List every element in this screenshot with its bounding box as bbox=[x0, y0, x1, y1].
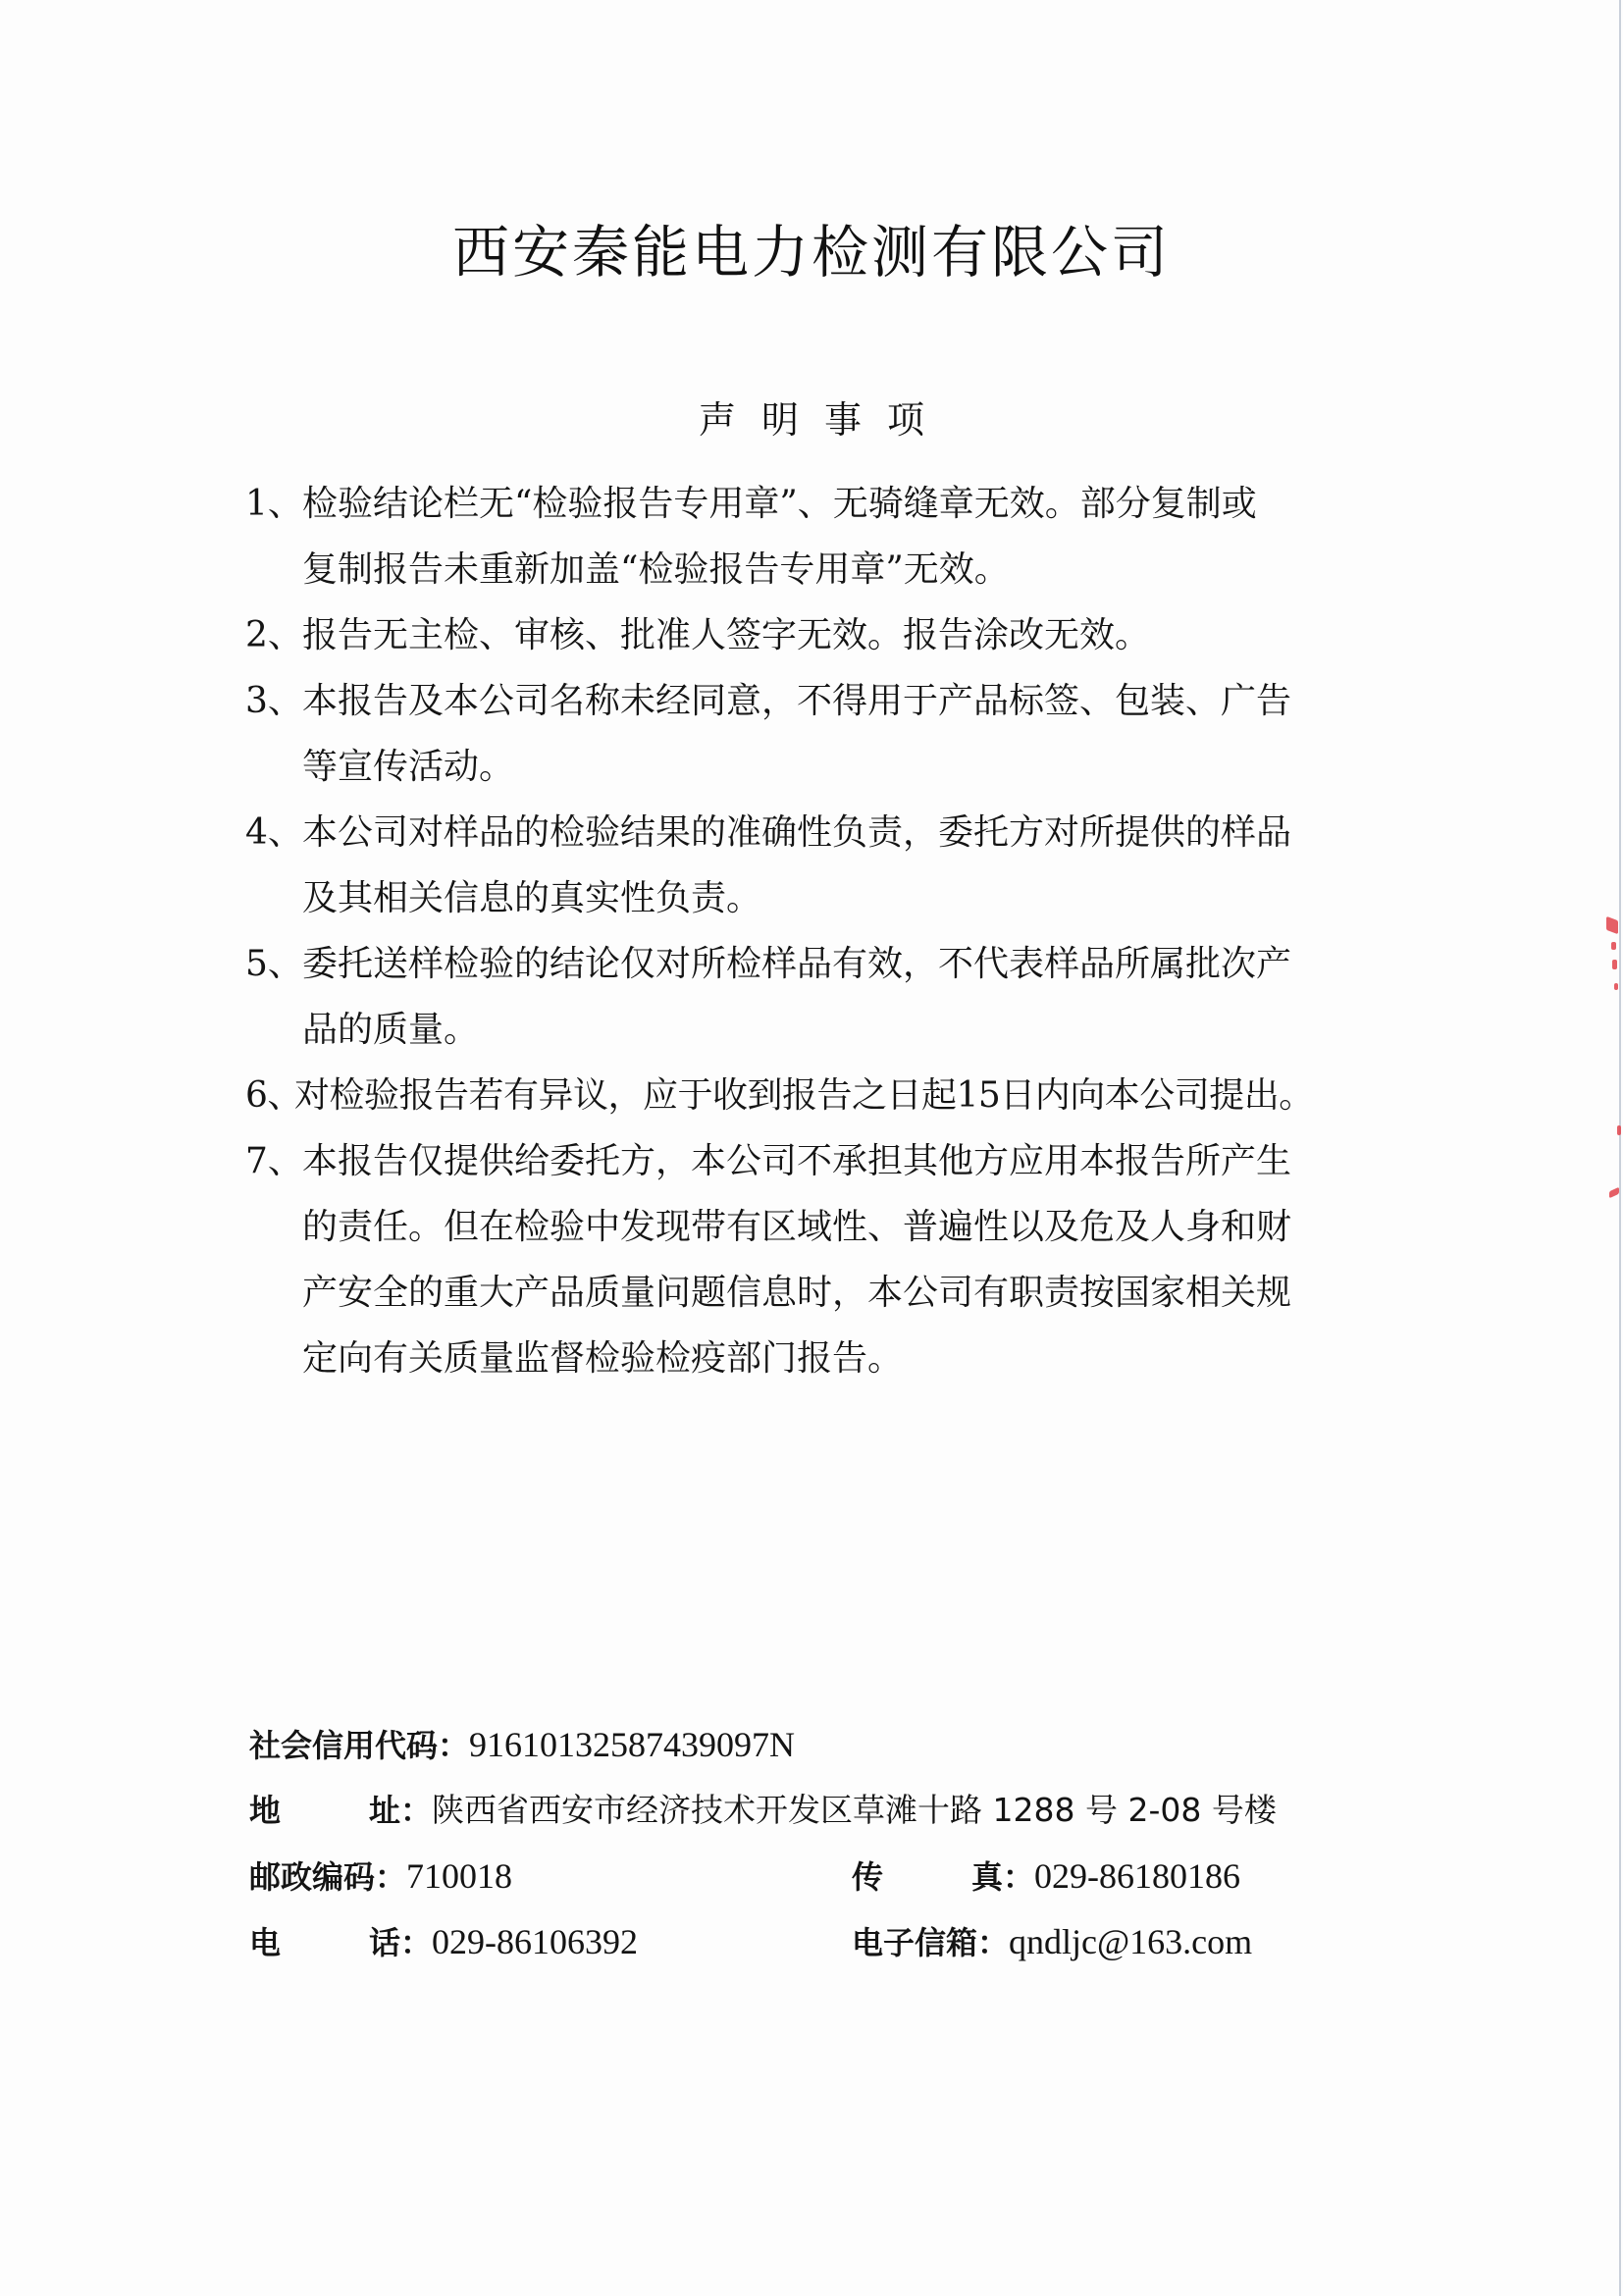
fax-label-b: 真： bbox=[971, 1852, 1034, 1903]
contact-info: 社会信用代码：91610132587439097N 地址：陕西省西安市经济技术开… bbox=[249, 1719, 1407, 1982]
email-value: qndljc@163.com bbox=[1009, 1922, 1252, 1961]
seam-seal-fragment bbox=[1617, 1125, 1621, 1135]
address-label-a: 地 bbox=[249, 1785, 281, 1836]
statement-number: 6、 bbox=[245, 1063, 302, 1128]
statement-item-2: 2、 报告无主检、审核、批准人签字无效。报告涂改无效。 bbox=[245, 602, 1384, 668]
statement-line: 等宣传活动。 bbox=[302, 734, 1384, 800]
statement-line: 产安全的重大产品质量问题信息时，本公司有职责按国家相关规 bbox=[302, 1260, 1384, 1326]
statement-item-7: 7、 本报告仅提供给委托方，本公司不承担其他方应用本报告所产生 的责任。但在检验… bbox=[245, 1128, 1384, 1391]
statement-line: 对检验报告若有异议，应于收到报告之日起15日内向本公司提出。 bbox=[294, 1063, 1384, 1128]
statement-item-5: 5、 委托送样检验的结论仅对所检样品有效，不代表样品所属批次产 品的质量。 bbox=[245, 931, 1384, 1063]
fax-label-a: 传 bbox=[852, 1852, 883, 1903]
address-row: 地址：陕西省西安市经济技术开发区草滩十路 1288 号 2-08 号楼 bbox=[249, 1785, 1407, 1851]
statement-number: 3、 bbox=[245, 668, 303, 734]
statement-number: 5、 bbox=[245, 931, 303, 997]
email-label: 电子信箱： bbox=[852, 1917, 1009, 1968]
statement-line: 的责任。但在检验中发现带有区域性、普遍性以及危及人身和财 bbox=[302, 1194, 1384, 1260]
statement-line: 定向有关质量监督检验检疫部门报告。 bbox=[302, 1326, 1384, 1391]
phone-value: 029-86106392 bbox=[432, 1922, 638, 1961]
statement-number: 7、 bbox=[245, 1128, 303, 1194]
company-title: 西安秦能电力检测有限公司 bbox=[0, 218, 1623, 287]
postcode-fax-row: 邮政编码：710018 传真：029-86180186 bbox=[249, 1851, 1407, 1916]
phone-label-a: 电 bbox=[249, 1917, 281, 1968]
section-heading: 声明事项 bbox=[0, 395, 1623, 444]
phone-label: 电话： bbox=[249, 1917, 432, 1968]
address-label-b: 址： bbox=[369, 1785, 432, 1836]
fax-field: 传真：029-86180186 bbox=[852, 1851, 1240, 1903]
address-value: 陕西省西安市经济技术开发区草滩十路 1288 号 2-08 号楼 bbox=[432, 1791, 1277, 1829]
fax-value: 029-86180186 bbox=[1034, 1856, 1240, 1896]
statement-list: 1、 检验结论栏无“检验报告专用章”、无骑缝章无效。部分复制或 复制报告未重新加… bbox=[245, 471, 1384, 1391]
page-edge-line bbox=[1619, 0, 1621, 2296]
seam-seal-fragment bbox=[1609, 1187, 1619, 1199]
statement-line: 及其相关信息的真实性负责。 bbox=[302, 865, 1384, 931]
statement-line: 委托送样检验的结论仅对所检样品有效，不代表样品所属批次产 bbox=[302, 931, 1384, 997]
statement-item-4: 4、 本公司对样品的检验结果的准确性负责，委托方对所提供的样品 及其相关信息的真… bbox=[245, 800, 1384, 931]
statement-line: 检验结论栏无“检验报告专用章”、无骑缝章无效。部分复制或 bbox=[302, 471, 1384, 537]
statement-line: 报告无主检、审核、批准人签字无效。报告涂改无效。 bbox=[302, 602, 1384, 668]
phone-label-b: 话： bbox=[369, 1917, 432, 1968]
credit-code-label: 社会信用代码： bbox=[249, 1720, 469, 1771]
postcode-value: 710018 bbox=[406, 1856, 512, 1896]
statement-line: 品的质量。 bbox=[302, 997, 1384, 1063]
seam-seal-fragment bbox=[1611, 942, 1616, 950]
statement-item-3: 3、 本报告及本公司名称未经同意，不得用于产品标签、包装、广告 等宣传活动。 bbox=[245, 668, 1384, 800]
statement-number: 2、 bbox=[245, 602, 303, 668]
statement-item-6: 6、 对检验报告若有异议，应于收到报告之日起15日内向本公司提出。 bbox=[245, 1063, 1384, 1128]
statement-item-1: 1、 检验结论栏无“检验报告专用章”、无骑缝章无效。部分复制或 复制报告未重新加… bbox=[245, 471, 1384, 602]
statement-line: 本报告仅提供给委托方，本公司不承担其他方应用本报告所产生 bbox=[302, 1128, 1384, 1194]
credit-code-value: 91610132587439097N bbox=[469, 1725, 795, 1764]
fax-label: 传真： bbox=[852, 1852, 1034, 1903]
address-label: 地址： bbox=[249, 1785, 432, 1836]
statement-number: 4、 bbox=[245, 800, 303, 865]
seam-seal-fragment bbox=[1606, 916, 1618, 934]
statement-number: 1、 bbox=[245, 471, 303, 537]
statement-line: 复制报告未重新加盖“检验报告专用章”无效。 bbox=[302, 537, 1384, 602]
seam-seal-fragment bbox=[1614, 983, 1618, 990]
postcode-label: 邮政编码： bbox=[249, 1852, 406, 1903]
phone-email-row: 电话：029-86106392 电子信箱：qndljc@163.com bbox=[249, 1916, 1407, 1982]
statement-line: 本公司对样品的检验结果的准确性负责，委托方对所提供的样品 bbox=[302, 800, 1384, 865]
statement-line: 本报告及本公司名称未经同意，不得用于产品标签、包装、广告 bbox=[302, 668, 1384, 734]
email-field: 电子信箱：qndljc@163.com bbox=[852, 1916, 1252, 1968]
seam-seal-fragment bbox=[1612, 960, 1617, 969]
credit-code-row: 社会信用代码：91610132587439097N bbox=[249, 1719, 1407, 1785]
